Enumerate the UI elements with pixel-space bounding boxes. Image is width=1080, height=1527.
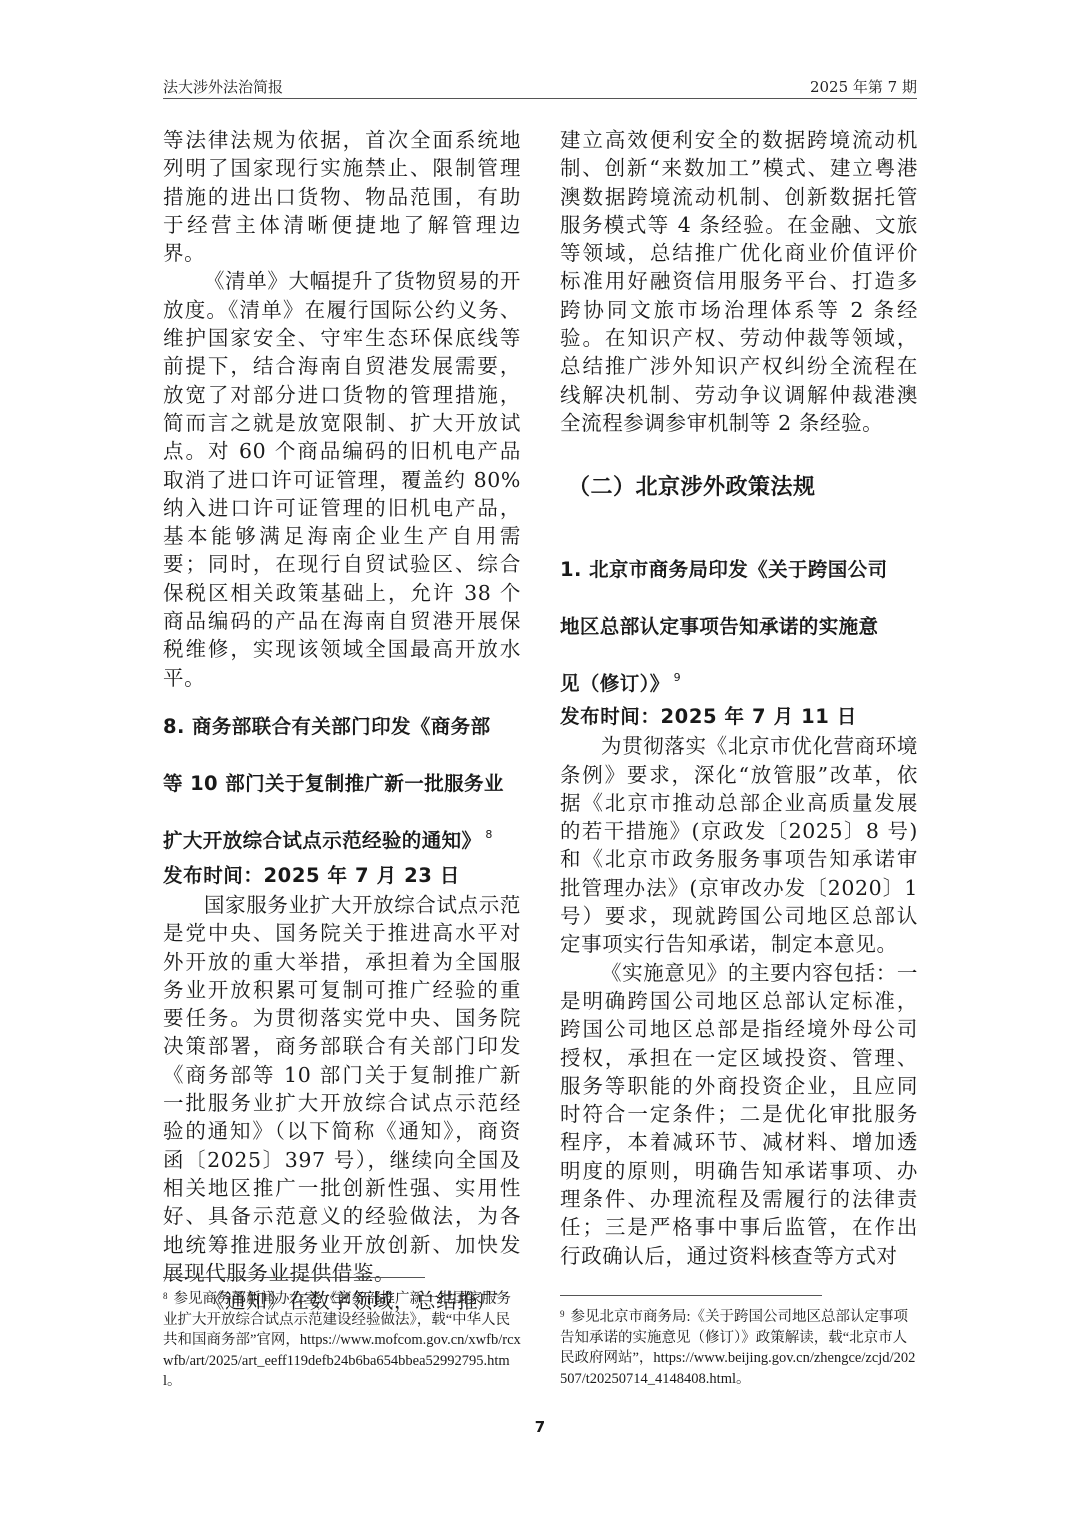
item-8-heading: 8. 商务部联合有关部门印发《商务部 等 10 部门关于复制推广新一批服务业 扩… xyxy=(163,698,521,869)
publish-date: 发布时间：2025 年 7 月 11 日 xyxy=(560,702,918,732)
heading-line-text: 扩大开放综合试点示范经验的通知》 xyxy=(163,829,481,852)
heading-line: 8. 商务部联合有关部门印发《商务部 xyxy=(163,698,521,755)
publication-title: 法大涉外法治简报 xyxy=(163,78,283,98)
body-paragraph: 建立高效便利安全的数据跨境流动机制、创新“来数加工”模式、建立粤港澳数据跨境流动… xyxy=(560,126,918,437)
left-column: 等法律法规为依据，首次全面系统地列明了国家现行实施禁止、限制管理措施的进出口货物… xyxy=(163,126,521,1315)
running-header: 法大涉外法治简报 2025 年第 7 期 xyxy=(163,76,917,99)
right-column: 建立高效便利安全的数据跨境流动机制、创新“来数加工”模式、建立粤港澳数据跨境流动… xyxy=(560,126,918,1270)
footnote-text: 参见北京市商务局:《关于跨国公司地区总部认定事项告知承诺的实施意见（修订）》政策… xyxy=(560,1309,915,1387)
heading-line-text: 见（修订）》 xyxy=(560,672,670,695)
section-title: （二）北京涉外政策法规 xyxy=(568,473,918,503)
body-paragraph: 国家服务业扩大开放综合试点示范是党中央、国务院关于推进高水平对外开放的重大举措，… xyxy=(163,891,521,1287)
heading-line: 地区总部认定事项告知承诺的实施意 xyxy=(560,598,918,655)
page-number: 7 xyxy=(0,1418,1080,1436)
footnote-ref[interactable]: 8 xyxy=(485,828,492,841)
footnote-text: 参见商务部新闻办公室:《商务部推广新一批国家服务业扩大开放综合试点示范建设经验做… xyxy=(163,1291,521,1389)
body-paragraph: 等法律法规为依据，首次全面系统地列明了国家现行实施禁止、限制管理措施的进出口货物… xyxy=(163,126,521,267)
issue-number: 2025 年第 7 期 xyxy=(810,78,917,98)
body-paragraph: 为贯彻落实《北京市优化营商环境条例》要求，深化“放管服”改革，依据《北京市推动总… xyxy=(560,732,918,958)
footnote-number: 9 xyxy=(560,1309,565,1319)
heading-line: 1. 北京市商务局印发《关于跨国公司 xyxy=(560,541,918,598)
body-paragraph: 《实施意见》的主要内容包括：一是明确跨国公司地区总部认定标准，跨国公司地区总部是… xyxy=(560,959,918,1270)
footnote-9: 9参见北京市商务局:《关于跨国公司地区总部认定事项告知承诺的实施意见（修订）》政… xyxy=(560,1307,920,1389)
body-paragraph: 《清单》大幅提升了货物贸易的开放度。《清单》在履行国际公约义务、维护国家安全、守… xyxy=(163,267,521,691)
item-1-heading: 1. 北京市商务局印发《关于跨国公司 地区总部认定事项告知承诺的实施意 见（修订… xyxy=(560,541,918,712)
heading-line: 等 10 部门关于复制推广新一批服务业 xyxy=(163,755,521,812)
footnote-divider xyxy=(163,1277,425,1278)
footnote-divider xyxy=(560,1295,822,1296)
footnote-8: 8参见商务部新闻办公室:《商务部推广新一批国家服务业扩大开放综合试点示范建设经验… xyxy=(163,1289,523,1392)
footnote-number: 8 xyxy=(163,1291,168,1301)
footnote-ref[interactable]: 9 xyxy=(674,671,681,684)
